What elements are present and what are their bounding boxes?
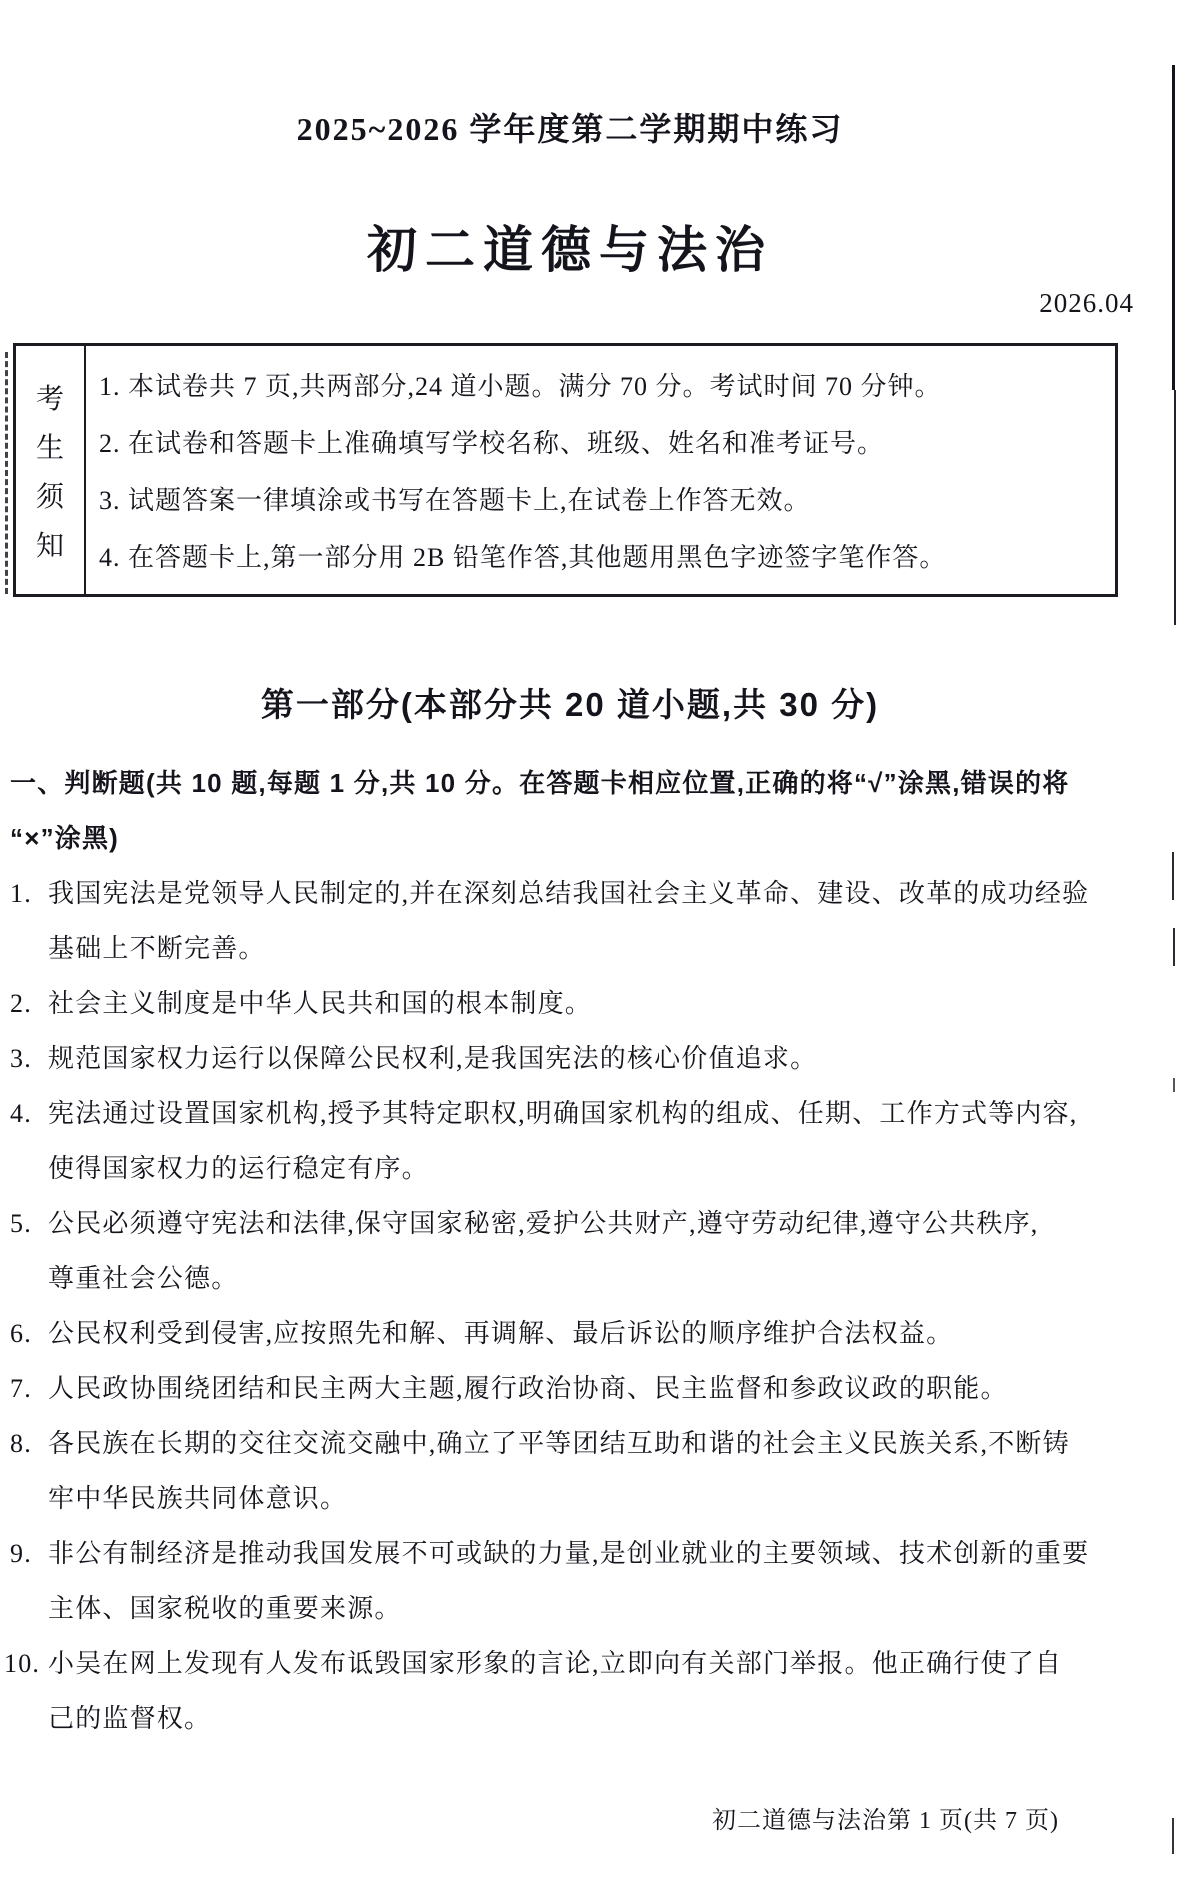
question-4-line2: 使得国家权力的运行稳定有序。 [10,1141,1185,1196]
question-text: 公民权利受到侵害,应按照先和解、再调解、最后诉讼的顺序维护合法权益。 [48,1319,953,1348]
question-text: 我国宪法是党领导人民制定的,并在深刻总结我国社会主义革命、建设、改革的成功经验 [48,879,1089,908]
candidate-notice-box: 考 生 须 知 1. 本试卷共 7 页,共两部分,24 道小题。满分 70 分。… [13,343,1118,597]
scan-artifact-left-dashed-line [5,352,8,594]
notice-item: 3. 试题答案一律填涂或书写在答题卡上,在试卷上作答无效。 [99,480,1115,517]
question-number: 3. [10,1031,48,1086]
notice-vertical-label: 考 生 须 知 [16,346,86,594]
question-text: 公民必须遵守宪法和法律,保守国家秘密,爱护公共财产,遵守劳动纪律,遵守公共秩序, [48,1209,1039,1238]
notice-label-char: 生 [36,426,64,466]
question-text: 社会主义制度是中华人民共和国的根本制度。 [48,989,592,1018]
question-8-line1: 8.各民族在长期的交往交流交融中,确立了平等团结互助和谐的社会主义民族关系,不断… [10,1416,1185,1471]
question-text: 非公有制经济是推动我国发展不可或缺的力量,是创业就业的主要领域、技术创新的重要 [48,1539,1089,1568]
exam-date: 2026.04 [1039,288,1134,319]
question-number: 4. [10,1086,48,1141]
question-10-line2: 己的监督权。 [10,1691,1185,1746]
section-intro-line2: “×”涂黑) [10,811,1185,866]
scan-artifact-right-line [1173,1078,1175,1092]
question-2-line1: 2.社会主义制度是中华人民共和国的根本制度。 [10,976,1185,1031]
question-4-line1: 4.宪法通过设置国家机构,授予其特定职权,明确国家机构的组成、任期、工作方式等内… [10,1086,1185,1141]
scan-artifact-right-line [1173,928,1175,966]
exam-session-title: 2025~2026 学年度第二学期期中练习 [0,104,1140,150]
scan-artifact-right-line [1174,390,1176,625]
question-8-line2: 牢中华民族共同体意识。 [10,1471,1185,1526]
question-5-line1: 5.公民必须遵守宪法和法律,保守国家秘密,爱护公共财产,遵守劳动纪律,遵守公共秩… [10,1196,1185,1251]
part1-heading: 第一部分(本部分共 20 道小题,共 30 分) [0,679,1140,726]
question-number: 10. [4,1636,48,1691]
scan-artifact-right-line [1172,852,1174,900]
question-number: 8. [10,1416,48,1471]
notice-list: 1. 本试卷共 7 页,共两部分,24 道小题。满分 70 分。考试时间 70 … [86,346,1115,594]
notice-label-char: 考 [36,377,64,417]
page-footer: 初二道德与法治第 1 页(共 7 页) [712,1806,1059,1836]
notice-item: 2. 在试卷和答题卡上准确填写学校名称、班级、姓名和准考证号。 [99,423,1115,460]
question-10-line1: 10.小吴在网上发现有人发布诋毁国家形象的言论,立即向有关部门举报。他正确行使了… [10,1636,1185,1691]
question-text: 各民族在长期的交往交流交融中,确立了平等团结互助和谐的社会主义民族关系,不断铸 [48,1429,1070,1458]
question-number: 9. [10,1526,48,1581]
question-text: 宪法通过设置国家机构,授予其特定职权,明确国家机构的组成、任期、工作方式等内容, [48,1099,1078,1128]
notice-item: 1. 本试卷共 7 页,共两部分,24 道小题。满分 70 分。考试时间 70 … [99,366,1115,403]
question-number: 7. [10,1361,48,1416]
question-1-line2: 基础上不断完善。 [10,921,1185,976]
question-6-line1: 6.公民权利受到侵害,应按照先和解、再调解、最后诉讼的顺序维护合法权益。 [10,1306,1185,1361]
question-number: 5. [10,1196,48,1251]
question-text: 人民政协围绕团结和民主两大主题,履行政治协商、民主监督和参政议政的职能。 [48,1374,1008,1403]
question-7-line1: 7.人民政协围绕团结和民主两大主题,履行政治协商、民主监督和参政议政的职能。 [10,1361,1185,1416]
question-number: 6. [10,1306,48,1361]
notice-item: 4. 在答题卡上,第一部分用 2B 铅笔作答,其他题用黑色字迹签字笔作答。 [99,537,1115,574]
notice-label-char: 须 [36,475,64,515]
notice-label-char: 知 [36,524,64,564]
section-intro-line1: 一、判断题(共 10 题,每题 1 分,共 10 分。在答题卡相应位置,正确的将… [10,756,1185,811]
question-number: 1. [10,866,48,921]
question-9-line1: 9.非公有制经济是推动我国发展不可或缺的力量,是创业就业的主要领域、技术创新的重… [10,1526,1185,1581]
question-text: 小吴在网上发现有人发布诋毁国家形象的言论,立即向有关部门举报。他正确行使了自 [48,1649,1062,1678]
question-3-line1: 3.规范国家权力运行以保障公民权利,是我国宪法的核心价值追求。 [10,1031,1185,1086]
exam-paper-page: 2025~2026 学年度第二学期期中练习 初二道德与法治 2026.04 考 … [0,0,1190,1896]
paper-title: 初二道德与法治 [0,210,1140,282]
question-5-line2: 尊重社会公德。 [10,1251,1185,1306]
question-9-line2: 主体、国家税收的重要来源。 [10,1581,1185,1636]
scan-artifact-right-line [1172,65,1175,390]
question-section: 一、判断题(共 10 题,每题 1 分,共 10 分。在答题卡相应位置,正确的将… [10,756,1185,1746]
scan-artifact-right-line [1172,1818,1174,1854]
question-1-line1: 1.我国宪法是党领导人民制定的,并在深刻总结我国社会主义革命、建设、改革的成功经… [10,866,1185,921]
question-number: 2. [10,976,48,1031]
question-text: 规范国家权力运行以保障公民权利,是我国宪法的核心价值追求。 [48,1044,817,1073]
